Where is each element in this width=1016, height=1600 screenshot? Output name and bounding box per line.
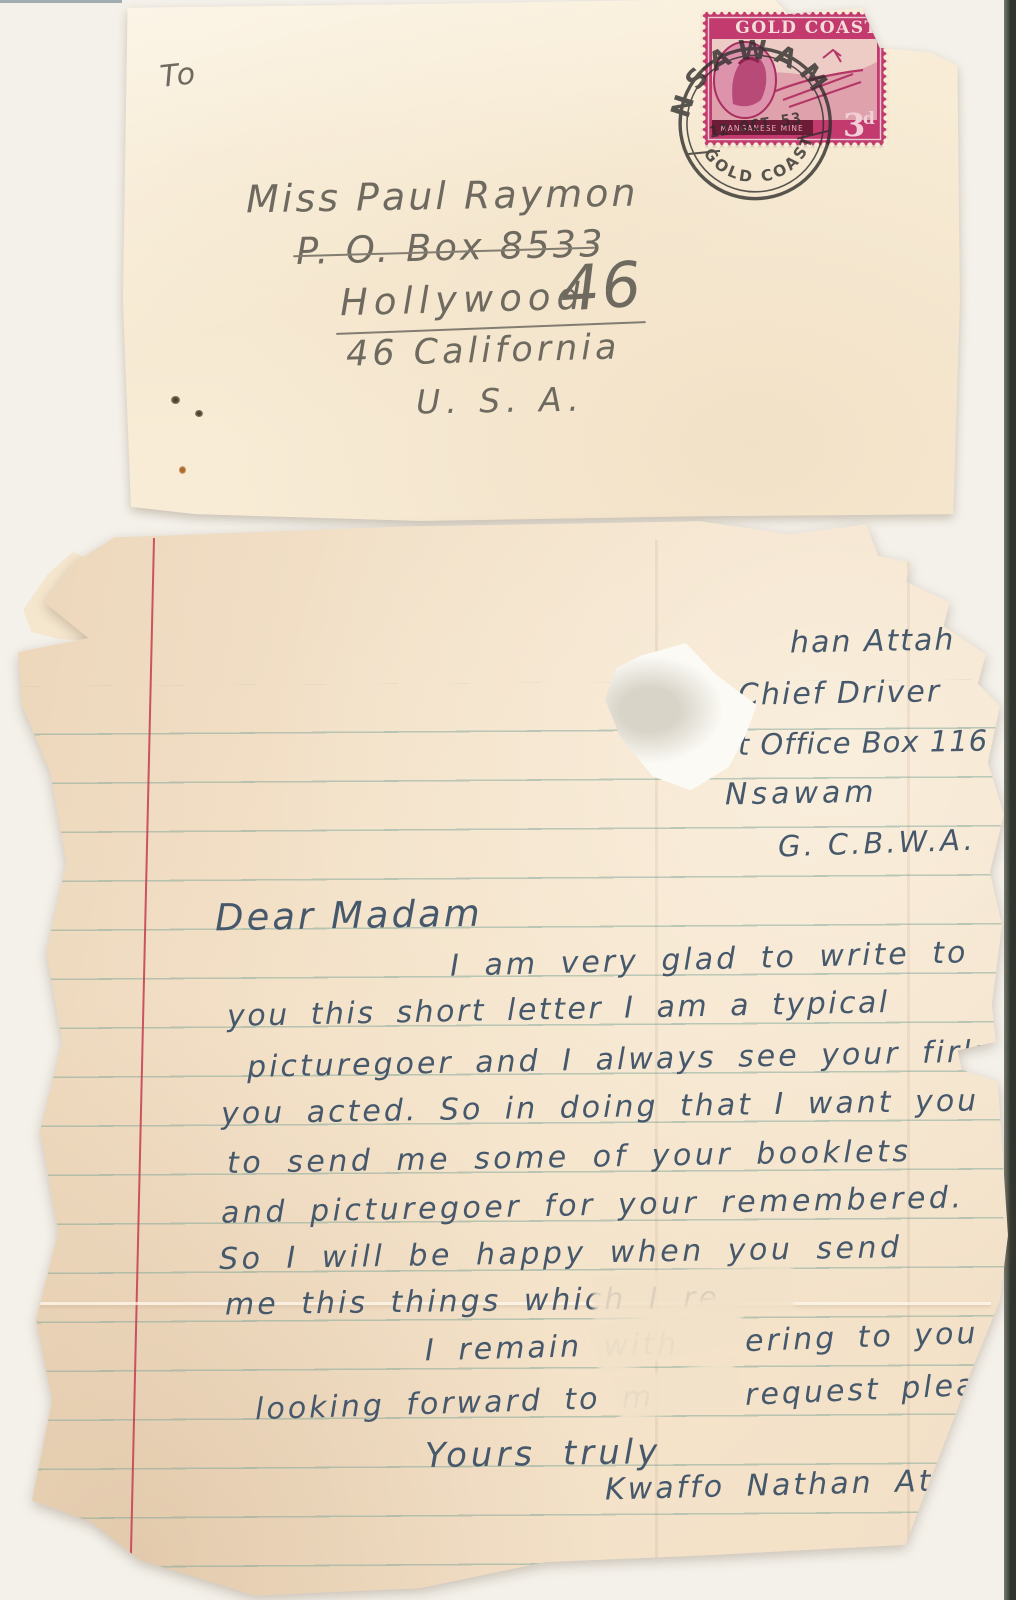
postmark-town-text: NSAWAM: [656, 22, 839, 125]
stamp-perforation-right: [882, 8, 890, 149]
salutation: Dear Madam: [215, 892, 483, 940]
envelope-paper: To Miss Paul Raymon P. O. Box 8533 Holly…: [120, 0, 965, 522]
stamp-unit-text: d: [863, 109, 875, 129]
address-city: Hollywood: [339, 275, 586, 324]
heading-line: G. C.B.W.A.: [777, 823, 976, 864]
heading-line: Chief Driver: [738, 674, 942, 713]
rust-speck: [179, 466, 186, 474]
address-name: Miss Paul Raymon: [246, 171, 639, 222]
address-zone-number: 46: [558, 247, 646, 326]
letter-sheet: han Attah Chief Driver ost Office Box 11…: [5, 518, 1011, 1600]
postmark-date-text: 12 OCT 53: [708, 109, 803, 141]
address-country: U. S. A.: [416, 380, 585, 422]
pinhole: [195, 410, 203, 417]
heading-line: Nsawam: [725, 775, 878, 813]
scanned-fan-letter-page: { "scene": { "background_color": "#f4f1e…: [0, 0, 1016, 1600]
envelope: To Miss Paul Raymon P. O. Box 8533 Holly…: [120, 0, 965, 522]
postmark: NSAWAM GOLD COAST 12 OCT 53: [634, 12, 877, 238]
heading-line: han Attah: [790, 623, 956, 661]
letter-paper: han Attah Chief Driver ost Office Box 11…: [5, 518, 1011, 1600]
stamp-perforation-top: [699, 8, 890, 16]
envelope-to-label: To: [158, 56, 198, 95]
scanner-top-line: [0, 0, 122, 3]
address-region: 46 California: [346, 327, 621, 374]
svg-text:NSAWAM: NSAWAM: [656, 22, 839, 125]
pinhole: [171, 396, 180, 404]
valediction: Yours truly: [425, 1432, 662, 1476]
